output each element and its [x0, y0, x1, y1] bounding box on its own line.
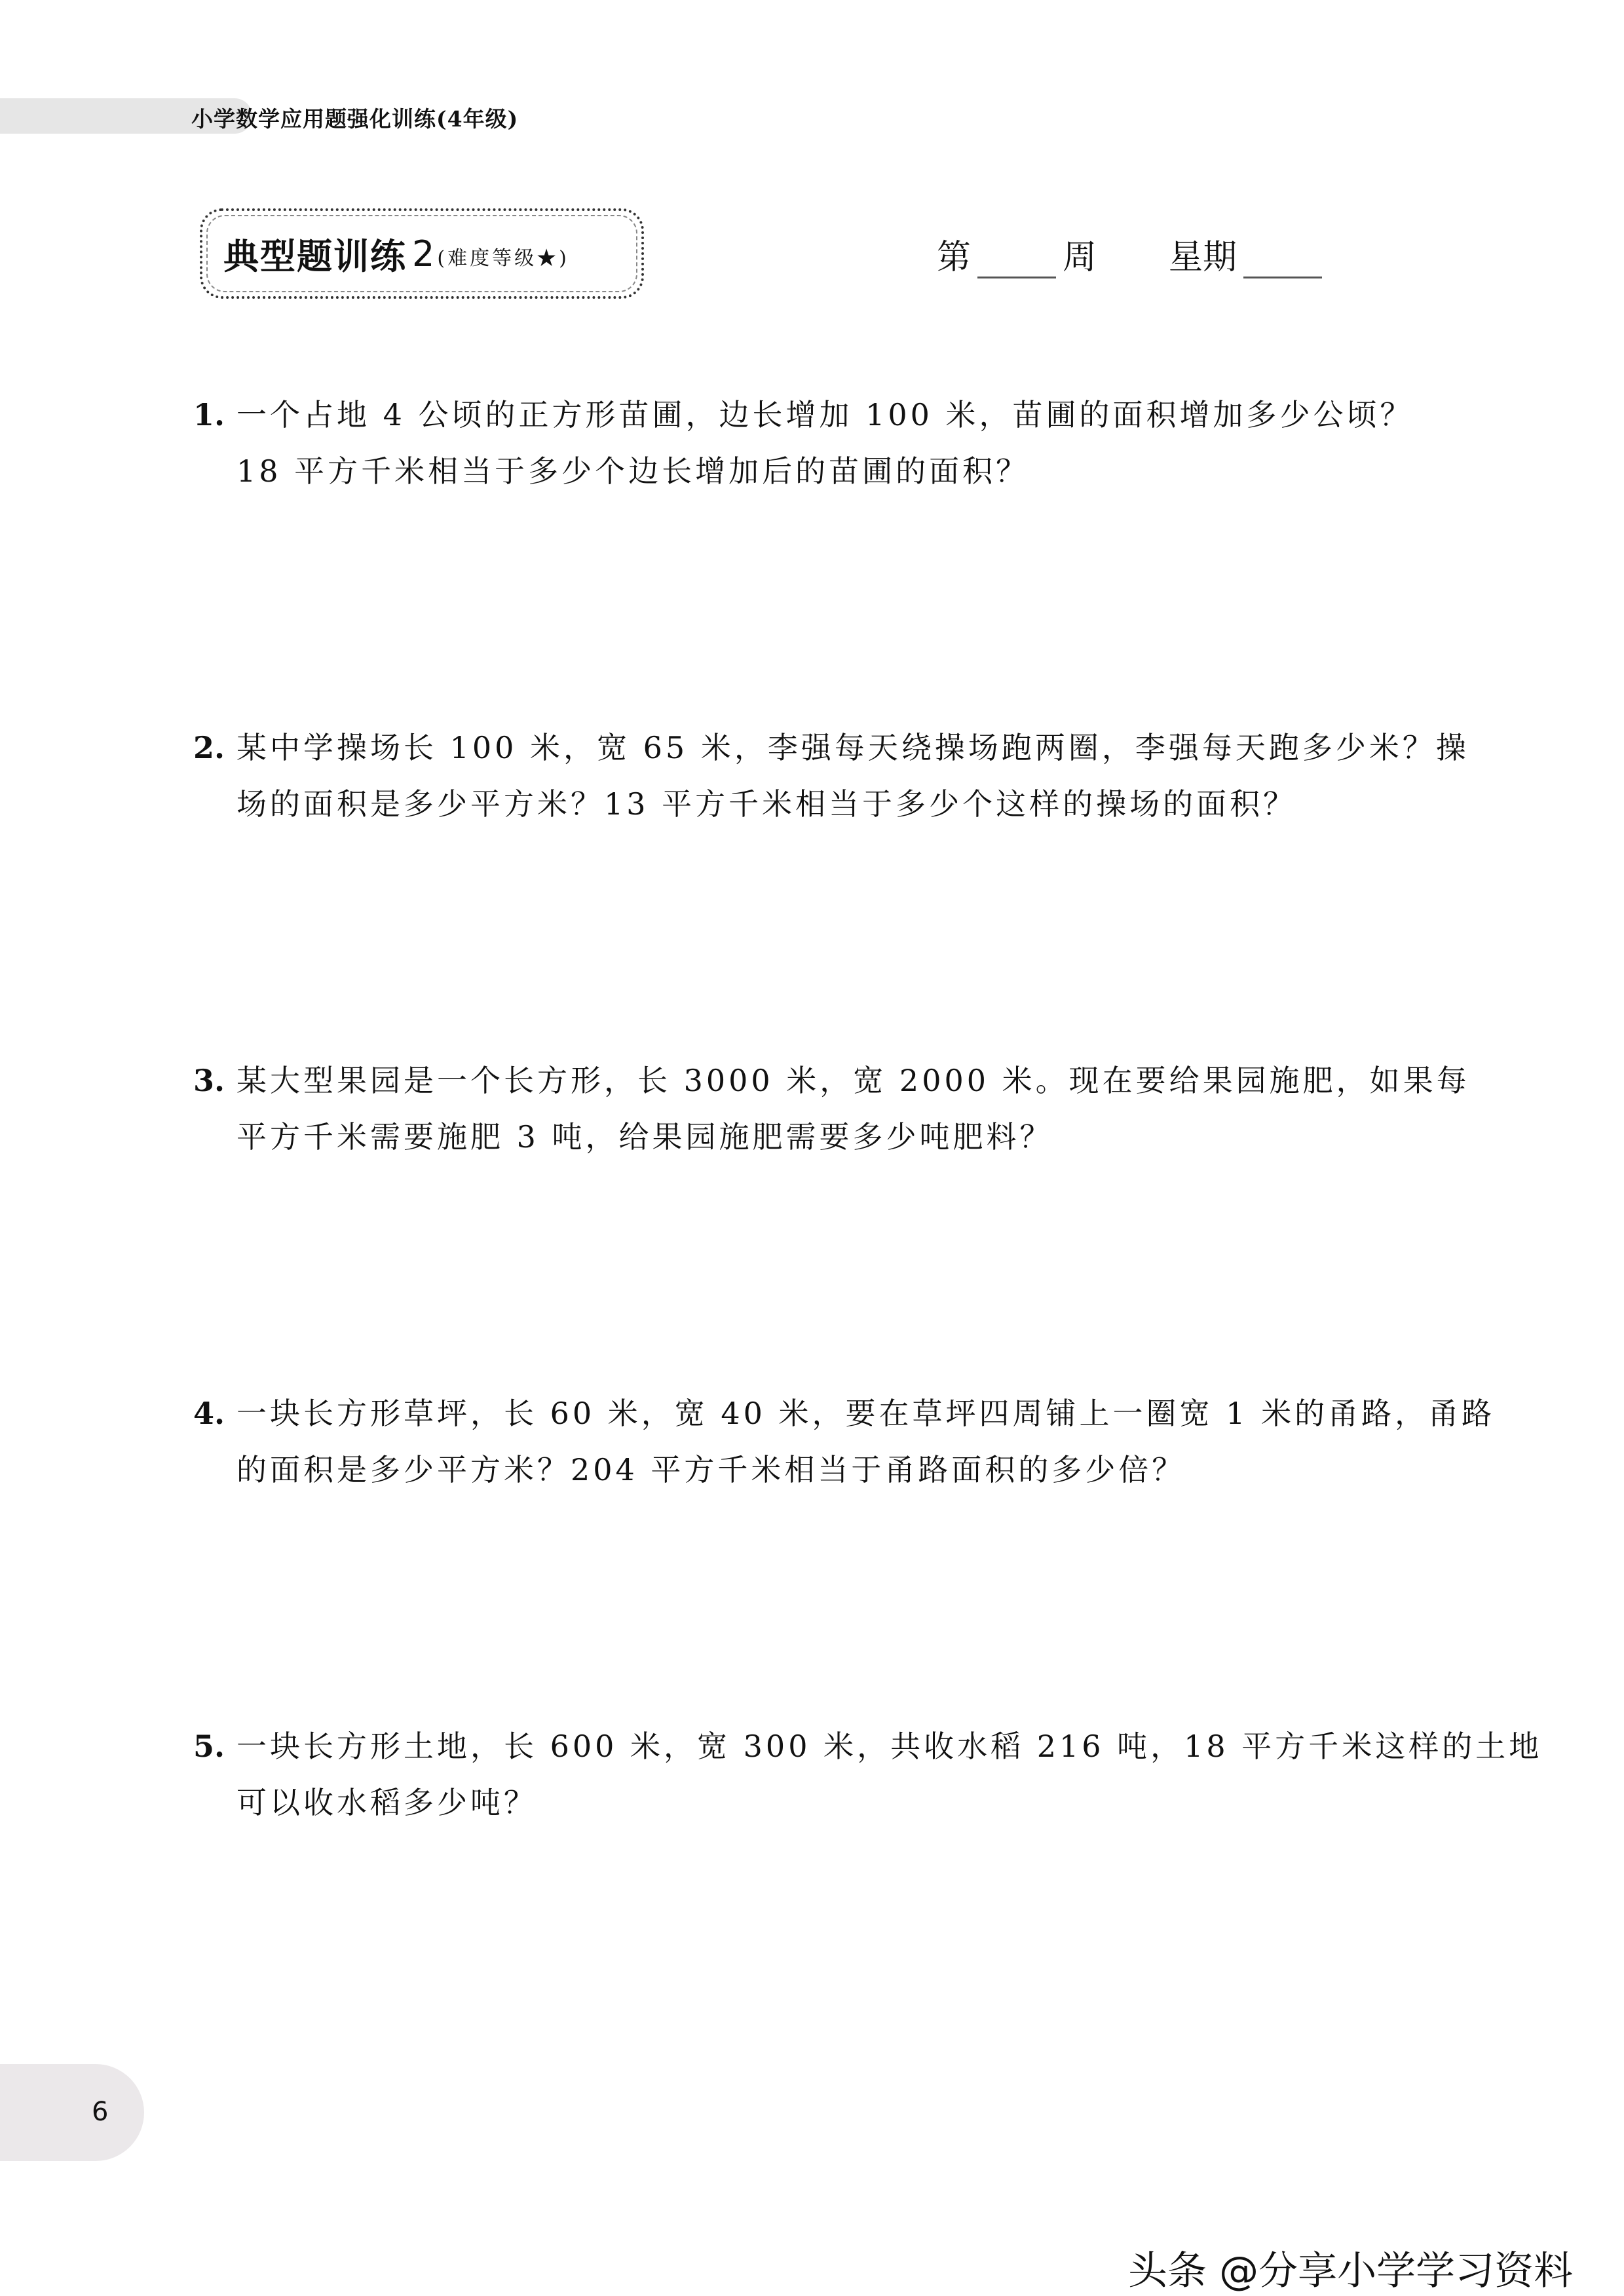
question-number: 2. [193, 719, 236, 776]
week-prefix-label: 第 [937, 229, 971, 278]
question-2: 2.某中学操场长 100 米，宽 65 米，李强每天绕操场跑两圈，李强每天跑多少… [193, 719, 1451, 832]
section-title-box: 典型题训练 2 (难度等级★) [200, 208, 644, 299]
week-blank-field[interactable] [977, 236, 1056, 278]
page-number-tab [0, 2064, 144, 2161]
weekday-label: 星期 [1169, 229, 1237, 278]
question-text-line: 平方千米需要施肥 3 吨，给果园施肥需要多少吨肥料？ [193, 1109, 1451, 1165]
question-number: 4. [193, 1385, 236, 1442]
question-3: 3.某大型果园是一个长方形，长 3000 米，宽 2000 米。现在要给果园施肥… [193, 1052, 1451, 1165]
watermark: 头条 @分享小学学习资料 [1128, 2240, 1573, 2296]
question-number: 5. [193, 1718, 236, 1774]
question-4: 4.一块长方形草坪，长 60 米，宽 40 米，要在草坪四周铺上一圈宽 1 米的… [193, 1385, 1451, 1498]
question-text-line: 某中学操场长 100 米，宽 65 米，李强每天绕操场跑两圈，李强每天跑多少米？… [236, 730, 1469, 765]
question-text-line: 一个占地 4 公顷的正方形苗圃，边长增加 100 米，苗圃的面积增加多少公顷？ [236, 397, 1414, 432]
week-suffix-label: 周 [1063, 229, 1097, 278]
section-title: 典型题训练 [223, 229, 407, 279]
section-number: 2 [412, 233, 434, 275]
question-text-line: 场的面积是多少平方米？13 平方千米相当于多少个这样的操场的面积？ [193, 776, 1451, 832]
question-text-line: 一块长方形土地，长 600 米，宽 300 米，共收水稻 216 吨，18 平方… [236, 1729, 1542, 1764]
book-title: 小学数学应用题强化训练(4年级) [191, 102, 518, 133]
question-5: 5.一块长方形土地，长 600 米，宽 300 米，共收水稻 216 吨，18 … [193, 1718, 1451, 1831]
question-text-line: 一块长方形草坪，长 60 米，宽 40 米，要在草坪四周铺上一圈宽 1 米的甬路… [236, 1396, 1495, 1431]
difficulty-label: (难度等级★) [437, 242, 569, 271]
date-fields: 第 周 星期 [937, 229, 1329, 278]
question-text-line: 的面积是多少平方米？204 平方千米相当于甬路面积的多少倍？ [193, 1442, 1451, 1498]
question-1: 1.一个占地 4 公顷的正方形苗圃，边长增加 100 米，苗圃的面积增加多少公顷… [193, 387, 1451, 499]
page-number: 6 [92, 2097, 108, 2127]
question-number: 3. [193, 1052, 236, 1109]
question-text-line: 18 平方千米相当于多少个边长增加后的苗圃的面积？ [193, 443, 1451, 499]
question-text-line: 可以收水稻多少吨？ [193, 1774, 1451, 1831]
question-number: 1. [193, 387, 236, 443]
weekday-blank-field[interactable] [1243, 236, 1322, 278]
question-text-line: 某大型果园是一个长方形，长 3000 米，宽 2000 米。现在要给果园施肥，如… [236, 1063, 1470, 1098]
